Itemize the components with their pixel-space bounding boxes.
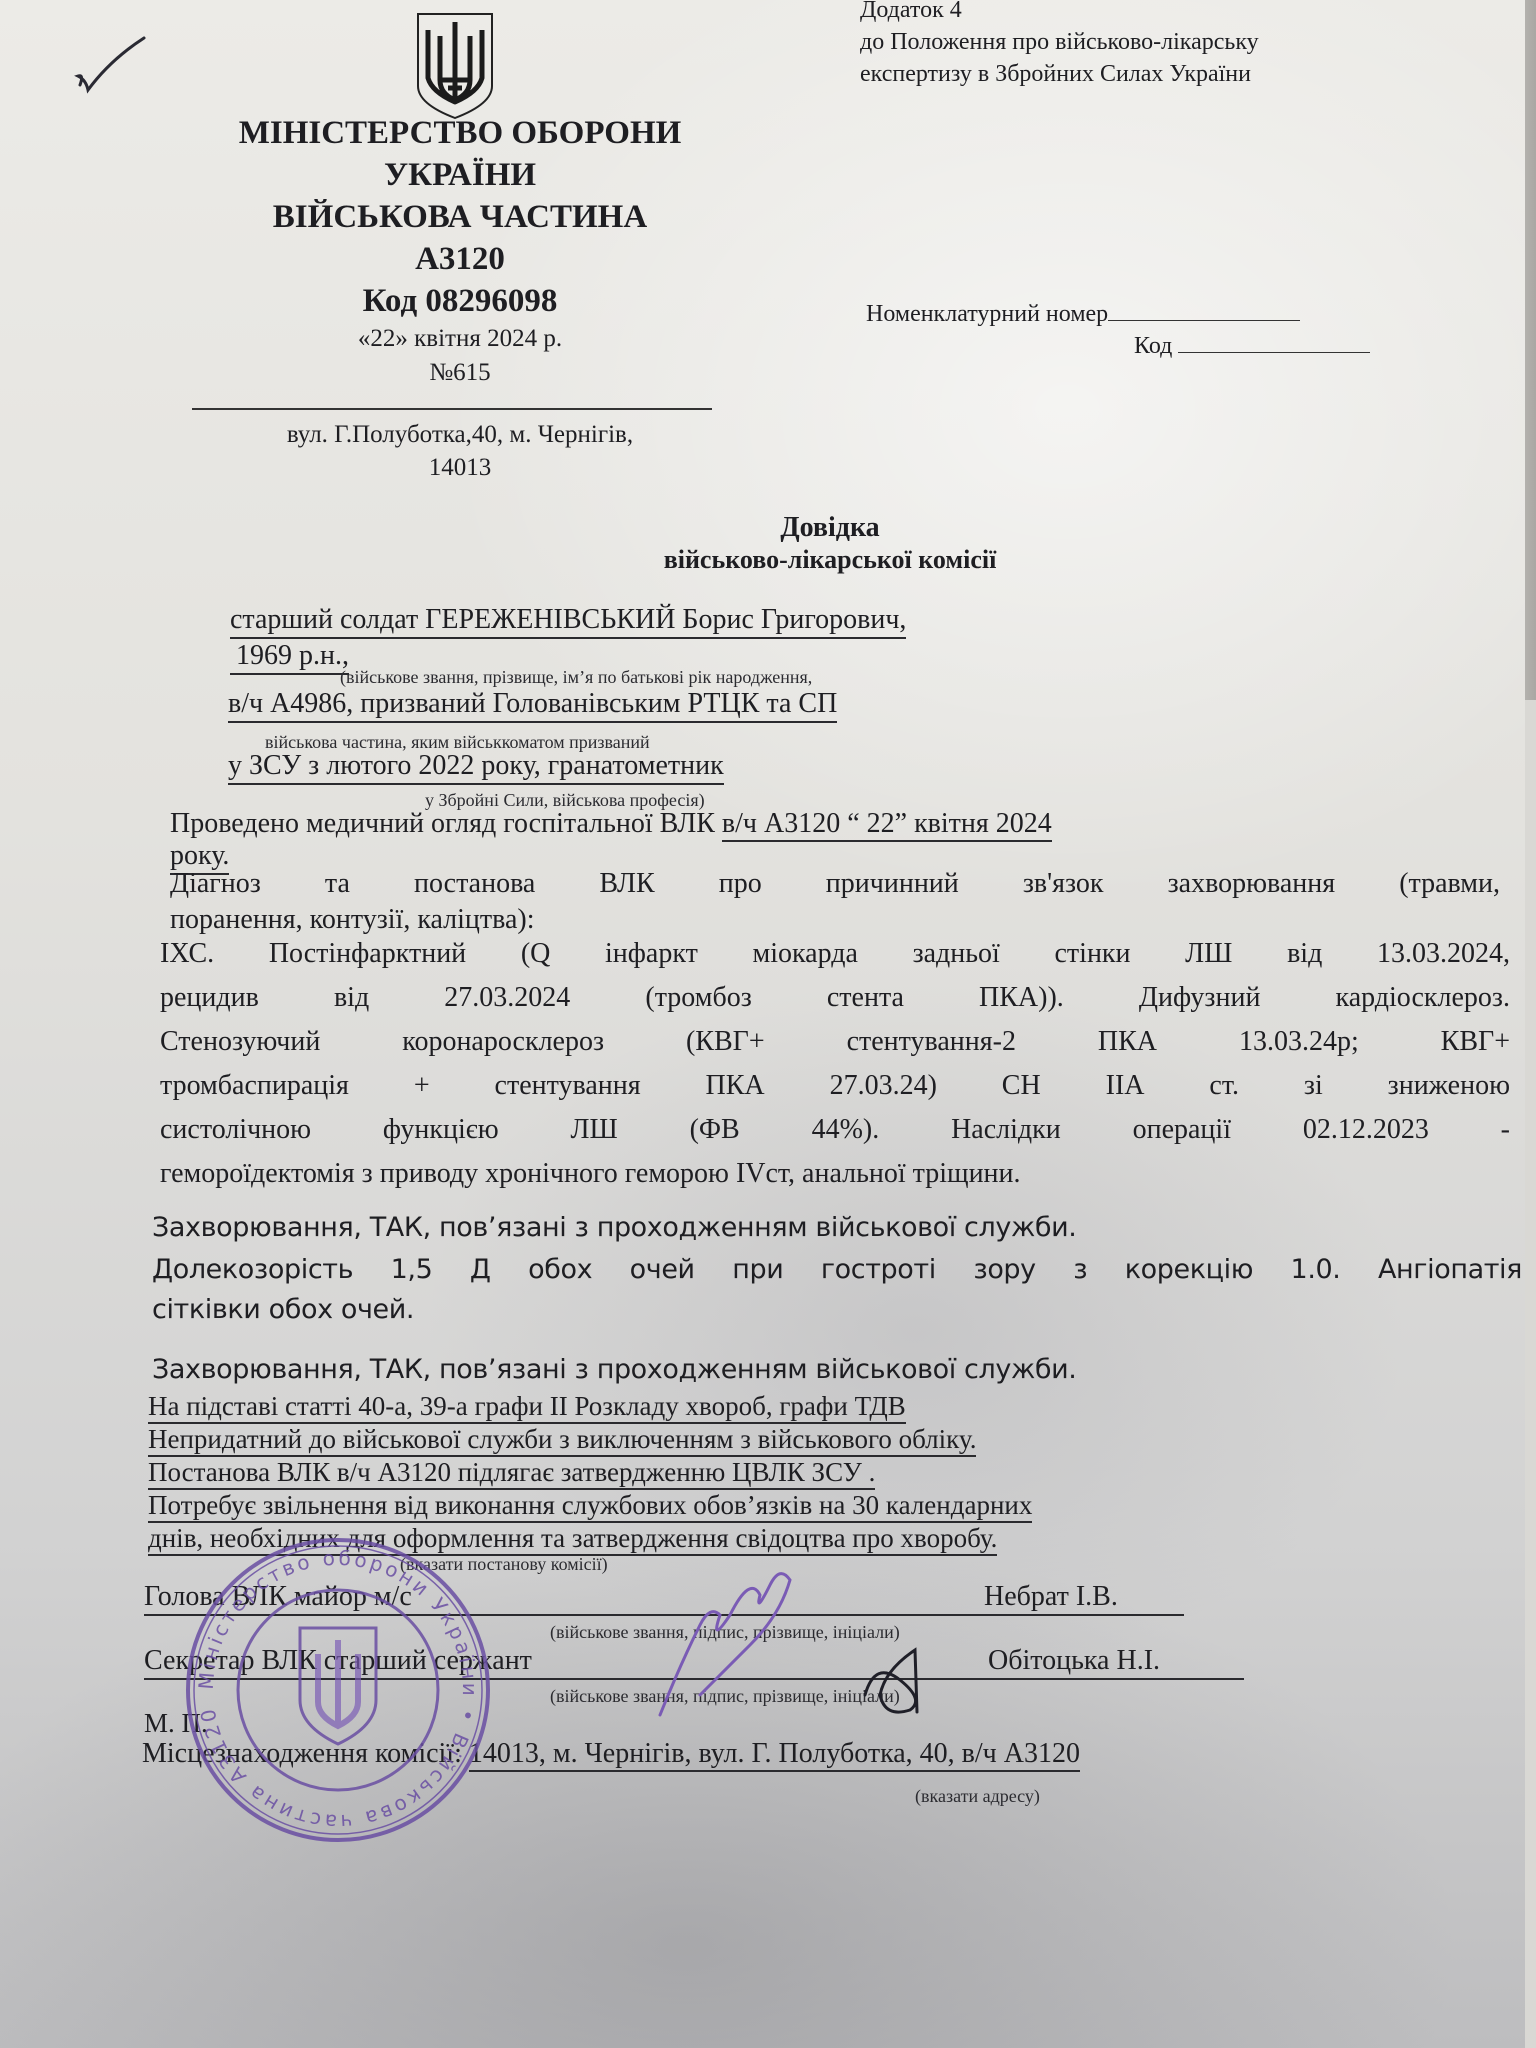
exam-statement: Проведено медичний огляд госпітальної ВЛ… xyxy=(170,808,1052,840)
diagnosis-line: рецидив від 27.03.2024 (тромбоз стента П… xyxy=(160,976,1510,1020)
unit-address: вул. Г.Полуботка,40, м. Чернігів, 14013 xyxy=(190,418,730,484)
nomenclature-field xyxy=(1108,300,1300,321)
document-number: №615 xyxy=(190,356,730,390)
diagnosis-intro-line2: поранення, контузії, каліцтва): xyxy=(170,904,535,935)
unit-number: А3120 xyxy=(190,238,730,280)
nomenclature-label: Номенклатурний номер xyxy=(866,301,1108,327)
location-value: 14013, м. Чернігів, вул. Г. Полуботка, 4… xyxy=(469,1738,1080,1772)
diagnosis-text: ІХС. Постінфарктний (Q інфаркт міокарда … xyxy=(160,932,1510,1196)
organization-header: МІНІСТЕРСТВО ОБОРОНИ УКРАЇНИ ВІЙСЬКОВА Ч… xyxy=(190,112,730,390)
eyes-diagnosis: Долекозорість 1,5 Д обох очей при гостро… xyxy=(152,1250,1522,1330)
connection-statement-1: Захворювання, ТАК, пов’язані з проходжен… xyxy=(152,1208,1076,1248)
document-date: «22» квітня 2024 р. xyxy=(190,322,730,356)
decision-line: Потребує звільнення від виконання службо… xyxy=(148,1490,1032,1523)
diagnosis-intro: Діагноз та постанова ВЛК про причинний з… xyxy=(170,866,1500,938)
title-line2: військово-лікарської комісії xyxy=(430,544,1230,576)
person-hint: (військове звання, прізвище, ім’я по бат… xyxy=(340,667,812,688)
address-line2: 14013 xyxy=(190,451,730,484)
title-line1: Довідка xyxy=(430,512,1230,544)
diagnosis-line: тромбаспирація + стентування ПКА 27.03.2… xyxy=(160,1064,1510,1108)
person-name-line: старший солдат ГЕРЕЖЕНІВСЬКИЙ Борис Григ… xyxy=(230,604,906,639)
service-line: у ЗСУ з лютого 2022 року, гранатометник xyxy=(228,750,724,785)
registry-code-row: Код xyxy=(1134,332,1370,360)
decision-line: На підставі статті 40-а, 39-а графи ІІ Р… xyxy=(148,1391,906,1424)
header-divider xyxy=(192,408,712,410)
connection-statement-2: Захворювання, ТАК, пов’язані з проходжен… xyxy=(152,1350,1076,1390)
eyes-line2: сітківки обох очей. xyxy=(152,1290,1522,1330)
exam-prefix: Проведено медичний огляд госпітальної ВЛ… xyxy=(170,808,722,839)
eyes-line1: Долекозорість 1,5 Д обох очей при гостро… xyxy=(152,1250,1522,1290)
decision-line: Постанова ВЛК в/ч А3120 підлягає затверд… xyxy=(148,1457,875,1490)
person-unit-line: в/ч А4986, призваний Голованівським РТЦК… xyxy=(228,688,837,723)
annex-line0: Додаток 4 xyxy=(860,0,1259,26)
exam-unit-date: в/ч А3120 “ 22” квітня 2024 xyxy=(722,808,1052,842)
diagnosis-last-line: гемороїдектомія з приводу хронічного гем… xyxy=(160,1152,1510,1196)
ministry-line2: УКРАЇНИ xyxy=(190,154,730,196)
annex-reference: Додаток 4 до Положення про військово-лік… xyxy=(860,0,1259,90)
address-line1: вул. Г.Полуботка,40, м. Чернігів, xyxy=(190,418,730,451)
unit-line: ВІЙСЬКОВА ЧАСТИНА xyxy=(190,196,730,238)
annex-line1: до Положення про військово-лікарську xyxy=(860,26,1259,58)
decision-line: Непридатний до військової служби з виклю… xyxy=(148,1424,976,1457)
diagnosis-line: ІХС. Постінфарктний (Q інфаркт міокарда … xyxy=(160,932,1510,976)
nomenclature-row: Номенклатурний номер xyxy=(866,300,1300,328)
diagnosis-line: систолічною функцією ЛШ (ФВ 44%). Наслід… xyxy=(160,1108,1510,1152)
registry-code-label: Код xyxy=(1134,333,1172,359)
person-birth-year: 1969 р.н., xyxy=(230,640,349,675)
document-title: Довідка військово-лікарської комісії xyxy=(430,512,1230,576)
organization-code: Код 08296098 xyxy=(190,280,730,322)
coat-of-arms-icon xyxy=(410,8,500,120)
head-signature-icon xyxy=(640,1555,810,1725)
location-hint: (вказати адресу) xyxy=(915,1786,1040,1807)
secretary-name: Обітоцька Н.І. xyxy=(988,1644,1160,1678)
diagnosis-intro-line1: Діагноз та постанова ВЛК про причинний з… xyxy=(170,866,1500,902)
official-stamp-icon: Міністерство оборони України • Військова… xyxy=(178,1530,498,1850)
document-page: МІНІСТЕРСТВО ОБОРОНИ УКРАЇНИ ВІЙСЬКОВА Ч… xyxy=(0,0,1525,2048)
checkmark-icon xyxy=(60,30,150,100)
secretary-signature-icon xyxy=(855,1640,945,1720)
head-name: Небрат І.В. xyxy=(984,1580,1118,1614)
registry-code-field xyxy=(1178,332,1370,353)
diagnosis-line: Стенозуючий коронаросклероз (КВГ+ стенту… xyxy=(160,1020,1510,1064)
ministry-line1: МІНІСТЕРСТВО ОБОРОНИ xyxy=(190,112,730,154)
annex-line2: експертизу в Збройних Силах України xyxy=(860,58,1259,90)
